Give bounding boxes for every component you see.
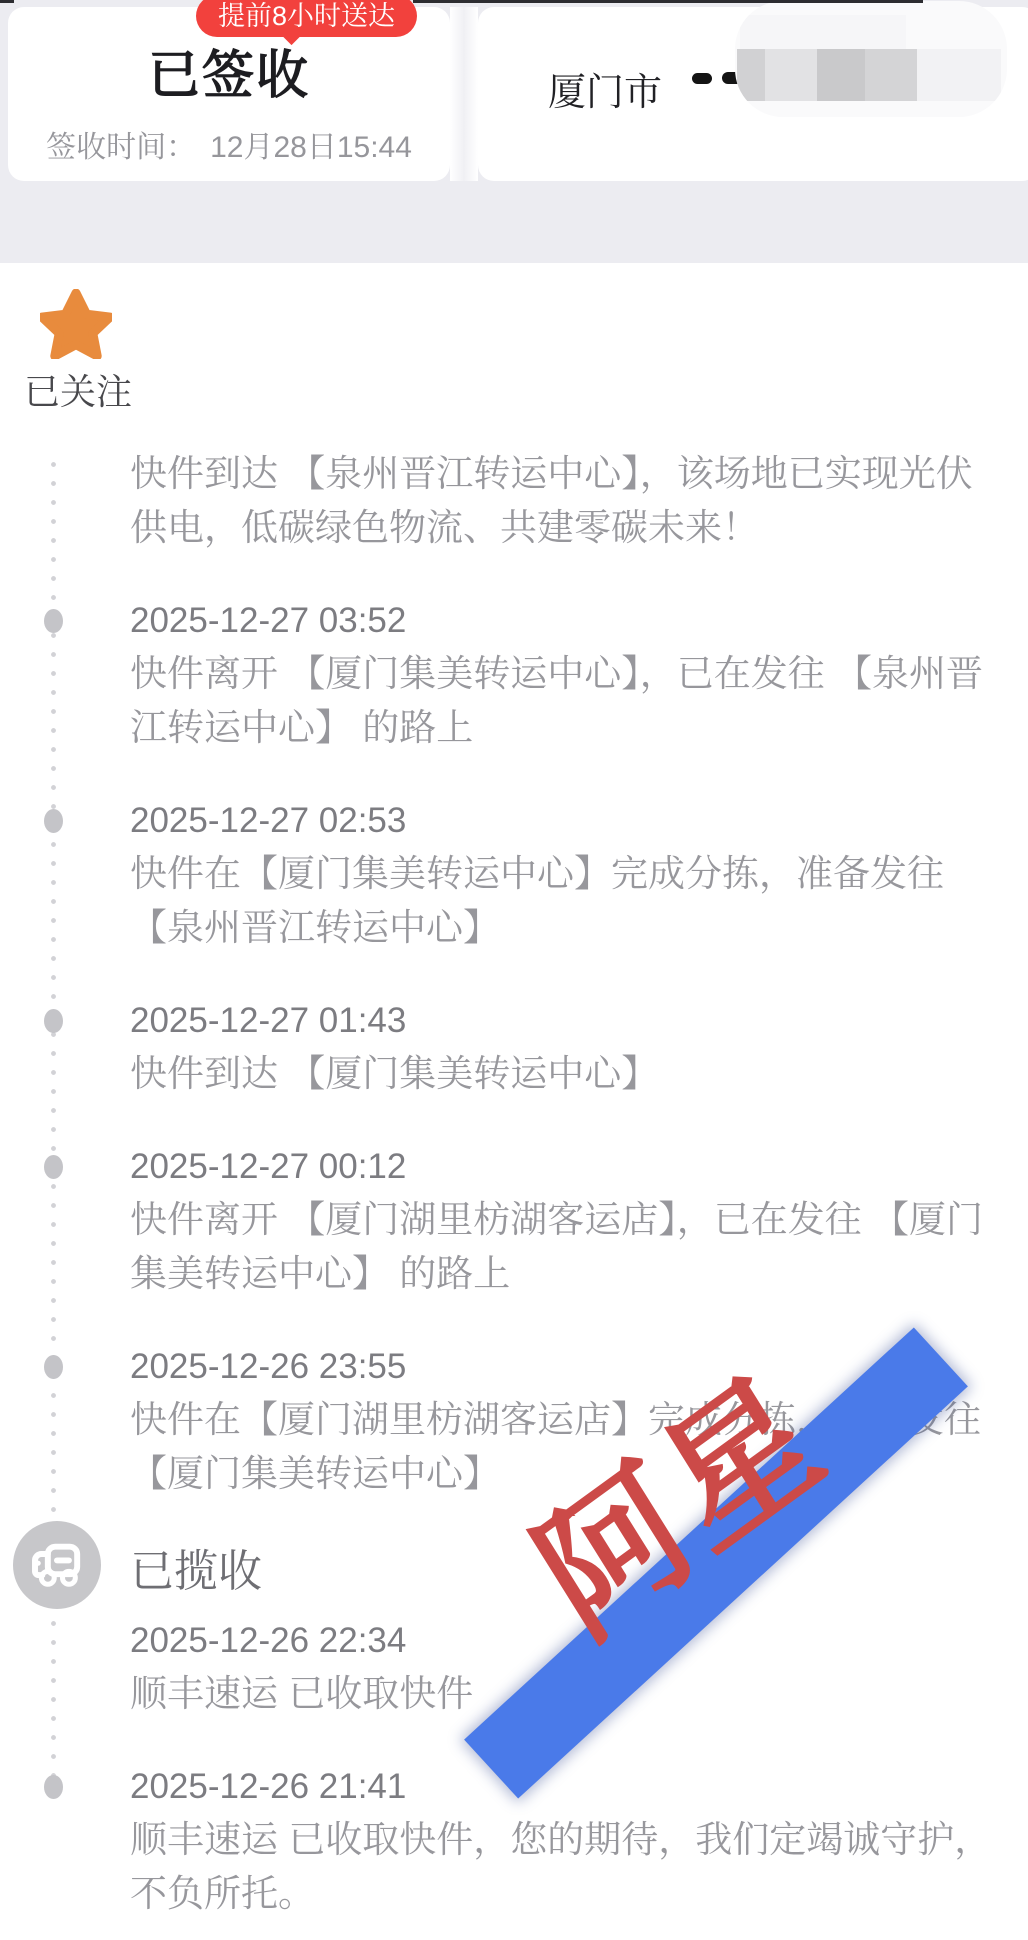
card-divider: [450, 7, 478, 181]
timeline-entry: 2025-12-27 03:52 快件离开 【厦门集美转运中心】，已在发往 【泉…: [130, 595, 1000, 755]
timeline-entry: 2025-12-27 01:43 快件到达 【厦门集美转运中心】: [130, 995, 1000, 1101]
entry-timestamp: 2025-12-27 02:53: [130, 795, 1000, 847]
censored-destination: [735, 1, 1007, 117]
badge-label: 提前8小时送达: [218, 1, 395, 31]
early-delivery-badge: 提前8小时送达: [196, 0, 417, 37]
timeline-node-dot: [44, 1155, 63, 1179]
mosaic-block: [740, 15, 906, 49]
sign-time-label: 签收时间：: [46, 131, 196, 164]
timeline-node-dot: [44, 1355, 63, 1379]
route-dash: [692, 73, 712, 84]
origin-city-label: 厦门市: [548, 61, 662, 116]
transit-entries: 快件到达 【泉州晋江转运中心】，该场地已实现光伏供电，低碳绿色物流、共建零碳未来…: [130, 447, 1000, 1501]
timeline-entry: 2025-12-27 00:12 快件离开 【厦门湖里枋湖客运店】，已在发往 【…: [130, 1141, 1000, 1301]
timeline-node-dot: [44, 1009, 63, 1033]
status-card: 提前8小时送达 已签收 签收时间：12月28日15:44: [8, 7, 450, 181]
delivery-status-title: 已签收: [8, 33, 450, 108]
timeline-node-dot: [44, 809, 63, 833]
top-border-line: [413, 0, 923, 3]
timeline-entry: 2025-12-27 02:53 快件在【厦门集美转运中心】完成分拣，准备发往 …: [130, 795, 1000, 955]
tracking-detail-sheet: 已关注 快件到达 【泉州晋江转运中心】，该场地已实现光伏供电，低碳绿色物流、共建…: [0, 263, 1028, 1940]
sign-time-value: 12月28日15:44: [210, 131, 412, 164]
entry-timestamp: 2025-12-26 21:41: [130, 1761, 1000, 1813]
entry-description: 快件离开 【厦门集美转运中心】，已在发往 【泉州晋江转运中心】 的路上: [130, 647, 1000, 755]
top-border-line: [0, 0, 14, 3]
entry-description: 快件离开 【厦门湖里枋湖客运店】，已在发往 【厦门集美转运中心】 的路上: [130, 1193, 1000, 1301]
entry-description: 快件到达 【厦门集美转运中心】: [130, 1047, 1000, 1101]
timeline-node-dot: [44, 609, 63, 633]
route-card: 厦门市: [478, 7, 1028, 181]
entry-description: 顺丰速运 已收取快件，您的期待，我们定竭诚守护，不负所托。: [130, 1813, 1000, 1921]
tracking-page: 提前8小时送达 已签收 签收时间：12月28日15:44 厦门市: [0, 0, 1028, 1940]
mosaic-blocks: [737, 49, 1001, 101]
truck-icon: [13, 1521, 101, 1609]
entry-timestamp: 2025-12-27 01:43: [130, 995, 1000, 1047]
follow-block: 已关注: [0, 263, 1028, 413]
entry-description: 快件在【厦门集美转运中心】完成分拣，准备发往 【泉州晋江转运中心】: [130, 847, 1000, 955]
entry-description: 快件到达 【泉州晋江转运中心】，该场地已实现光伏供电，低碳绿色物流、共建零碳未来…: [130, 447, 1000, 555]
sign-time-row: 签收时间：12月28日15:44: [8, 122, 450, 166]
follow-star-icon[interactable]: [40, 289, 112, 359]
entry-timestamp: 2025-12-27 00:12: [130, 1141, 1000, 1193]
entry-timestamp: 2025-12-27 03:52: [130, 595, 1000, 647]
follow-label: 已关注: [24, 371, 132, 413]
timeline-entry: 快件到达 【泉州晋江转运中心】，该场地已实现光伏供电，低碳绿色物流、共建零碳未来…: [130, 447, 1000, 555]
header-area: 提前8小时送达 已签收 签收时间：12月28日15:44 厦门市: [0, 0, 1028, 263]
timeline-node-dot: [44, 1775, 63, 1799]
timeline-entry: 2025-12-26 21:41 顺丰速运 已收取快件，您的期待，我们定竭诚守护…: [130, 1761, 1000, 1921]
